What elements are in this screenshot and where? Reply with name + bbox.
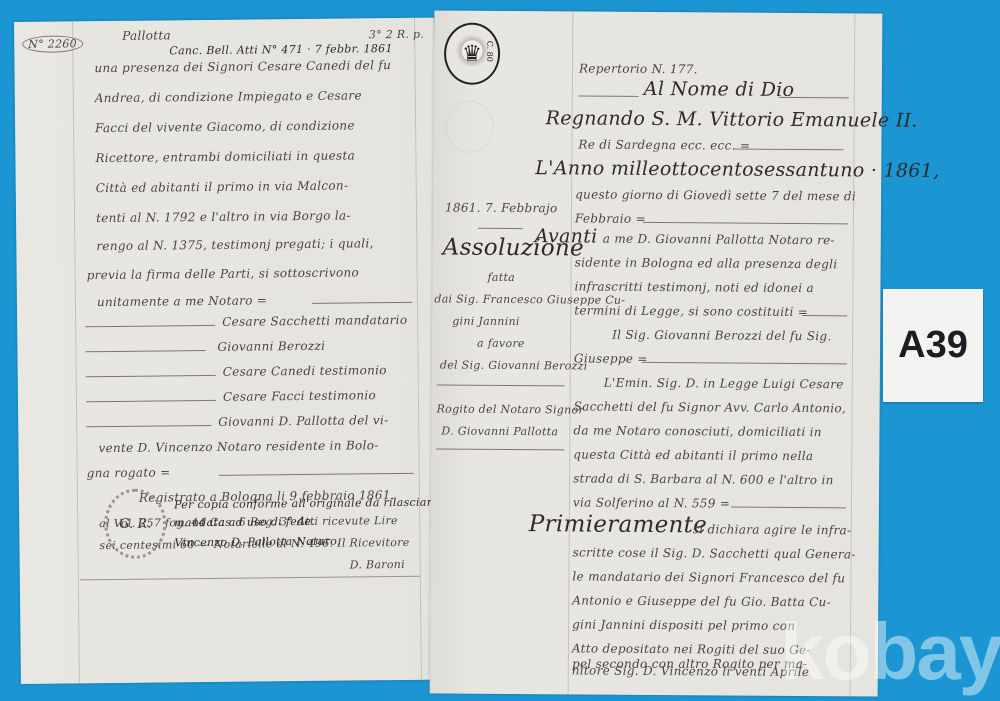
margin-rule: [414, 18, 422, 680]
signature: Giovanni Berozzi: [217, 339, 325, 354]
signature: Cesare Canedi testimonio: [223, 363, 387, 379]
royal-revenue-stamp: ♛ C. 80: [444, 23, 500, 85]
underline: [642, 362, 847, 364]
signature: Giovanni D. Pallotta del vi-: [218, 413, 388, 429]
underline: [478, 228, 523, 229]
underline: [731, 507, 846, 509]
margin-line: D. Giovanni Pallotta: [441, 425, 558, 439]
divider: [436, 448, 564, 450]
text-line: rengo al N. 1375, testimonj pregati; i q…: [96, 236, 373, 253]
text-line: strada di S. Barbara al N. 600 e l'altro…: [573, 471, 834, 487]
signature-line: [85, 350, 205, 352]
text-line: vente D. Vincenzo Notaro residente in Bo…: [98, 438, 378, 455]
repertorio-number: Repertorio N. 177.: [579, 61, 698, 76]
signature: Cesare Sacchetti mandatario: [222, 313, 407, 329]
underline: [312, 302, 412, 304]
text-line: Andrea, di condizione Impiegato e Cesare: [95, 88, 362, 105]
text-line: sidente in Bologna ed alla presenza degl…: [575, 255, 838, 271]
margin-line: gini Jannini: [452, 315, 520, 328]
margin-line: del Sig. Giovanni Berozzi: [440, 358, 588, 372]
copy-note: mandata ad uso di fede.: [174, 515, 315, 529]
primieramente-heading: Primieramente: [529, 511, 707, 538]
signature-line: [86, 425, 211, 427]
text-line: termini di Legge, si sono costituiti =: [574, 303, 808, 319]
copy-note: Vincenzo D. Pallotta Notaro.: [174, 535, 340, 550]
divider: [437, 384, 565, 386]
left-document-page: N° 2260 Pallotta Canc. Bell. Atti N° 471…: [14, 18, 441, 684]
seal-initials: G. R.: [119, 516, 151, 531]
text-line: a me D. Giovanni Pallotta Notaro re-: [603, 232, 835, 248]
divider: [80, 576, 420, 581]
underline: [579, 95, 639, 96]
text-line: pel secondo con altro Rogito per ma-: [572, 657, 808, 671]
lot-label-card: A39: [883, 289, 983, 402]
text-line: Atto depositato nei Rogiti del suo Ge-: [572, 641, 811, 657]
text-line: Città ed abitanti il primo in via Malcon…: [96, 179, 349, 196]
text-line: unitamente a me Notaro =: [97, 293, 267, 309]
year-line: L'Anno milleottocentosessantuno · 1861,: [535, 157, 939, 182]
lot-number: A39: [898, 324, 968, 367]
underline: [802, 315, 847, 316]
header-name: Pallotta: [122, 28, 171, 43]
margin-line: fatta: [487, 271, 515, 284]
text-line: questa Città ed abitanti il primo nella: [573, 447, 813, 463]
text-line: si dichiara agire le infra-: [693, 522, 852, 537]
text-line: gini Jannini dispositi pel primo con: [572, 617, 795, 633]
signature: Cesare Facci testimonio: [223, 388, 376, 404]
signature-line: [86, 375, 216, 377]
signature-line: [85, 325, 215, 327]
right-document-page: ♛ C. 80 Repertorio N. 177. Al Nome di Di…: [430, 10, 883, 696]
text-line: infrascritti testimonj, noti ed idonei a: [574, 279, 814, 295]
text-line: via Solferino al N. 559 =: [573, 495, 730, 510]
text-line: Ricettore, entrambi domiciliati in quest…: [95, 148, 355, 165]
text-line: Facci del vivente Giacomo, di condizione: [95, 118, 355, 135]
invocation-heading: Al Nome di Dio: [644, 78, 795, 101]
copy-note: Per copia conforme all'originale da rila…: [174, 496, 442, 512]
date-line: Febbraio =: [575, 211, 646, 225]
text-line: Sacchetti del fu Signor Avv. Carlo Anton…: [574, 399, 847, 415]
text-line: previa la firma delle Parti, si sottoscr…: [87, 265, 359, 282]
margin-line: a favore: [477, 337, 525, 350]
reign-line: Re di Sardegna ecc. ecc. =: [578, 137, 750, 152]
registration-line: D. Baroni: [350, 558, 405, 572]
text-line: Il Sig. Giovanni Berozzi del fu Sig.: [612, 328, 831, 344]
text-line: tenti al N. 1792 e l'altro in via Borgo …: [96, 208, 351, 225]
text-line: le mandatario dei Signori Francesco del …: [572, 569, 845, 585]
header-registration: Canc. Bell. Atti N° 471 · 7 febbr. 1861: [169, 42, 393, 57]
crown-icon: ♛: [462, 41, 482, 66]
signature-line: [86, 400, 216, 402]
corner-note: 3° 2 R. p.: [369, 28, 424, 42]
archive-number: N° 2260: [22, 35, 83, 53]
notary-seal: G. R.: [104, 488, 167, 559]
underline: [219, 473, 414, 476]
text-line: Giuseppe =: [574, 351, 648, 366]
text-line: da me Notaro conosciuti, domiciliati in: [573, 423, 821, 439]
underline: [643, 222, 848, 224]
margin-rule: [72, 21, 80, 683]
kobay-watermark: kobay: [780, 612, 1000, 692]
text-line: una presenza dei Signori Cesare Canedi d…: [94, 58, 391, 75]
avanti-heading: Avanti: [535, 225, 598, 247]
text-line: gna rogato =: [87, 465, 171, 480]
margin-line: Rogito del Notaro Signor: [437, 402, 585, 416]
date-line: questo giorno di Giovedì sette 7 del mes…: [575, 187, 856, 203]
text-line: scritte cose il Sig. D. Sacchetti qual G…: [573, 545, 856, 561]
stamp-value: C. 80: [485, 41, 494, 62]
embossed-seal: [445, 101, 493, 153]
text-line: L'Emin. Sig. D. in Legge Luigi Cesare: [604, 376, 844, 392]
margin-date: 1861. 7. Febbrajo: [445, 201, 558, 216]
reign-line: Regnando S. M. Vittorio Emanuele II.: [546, 107, 918, 132]
